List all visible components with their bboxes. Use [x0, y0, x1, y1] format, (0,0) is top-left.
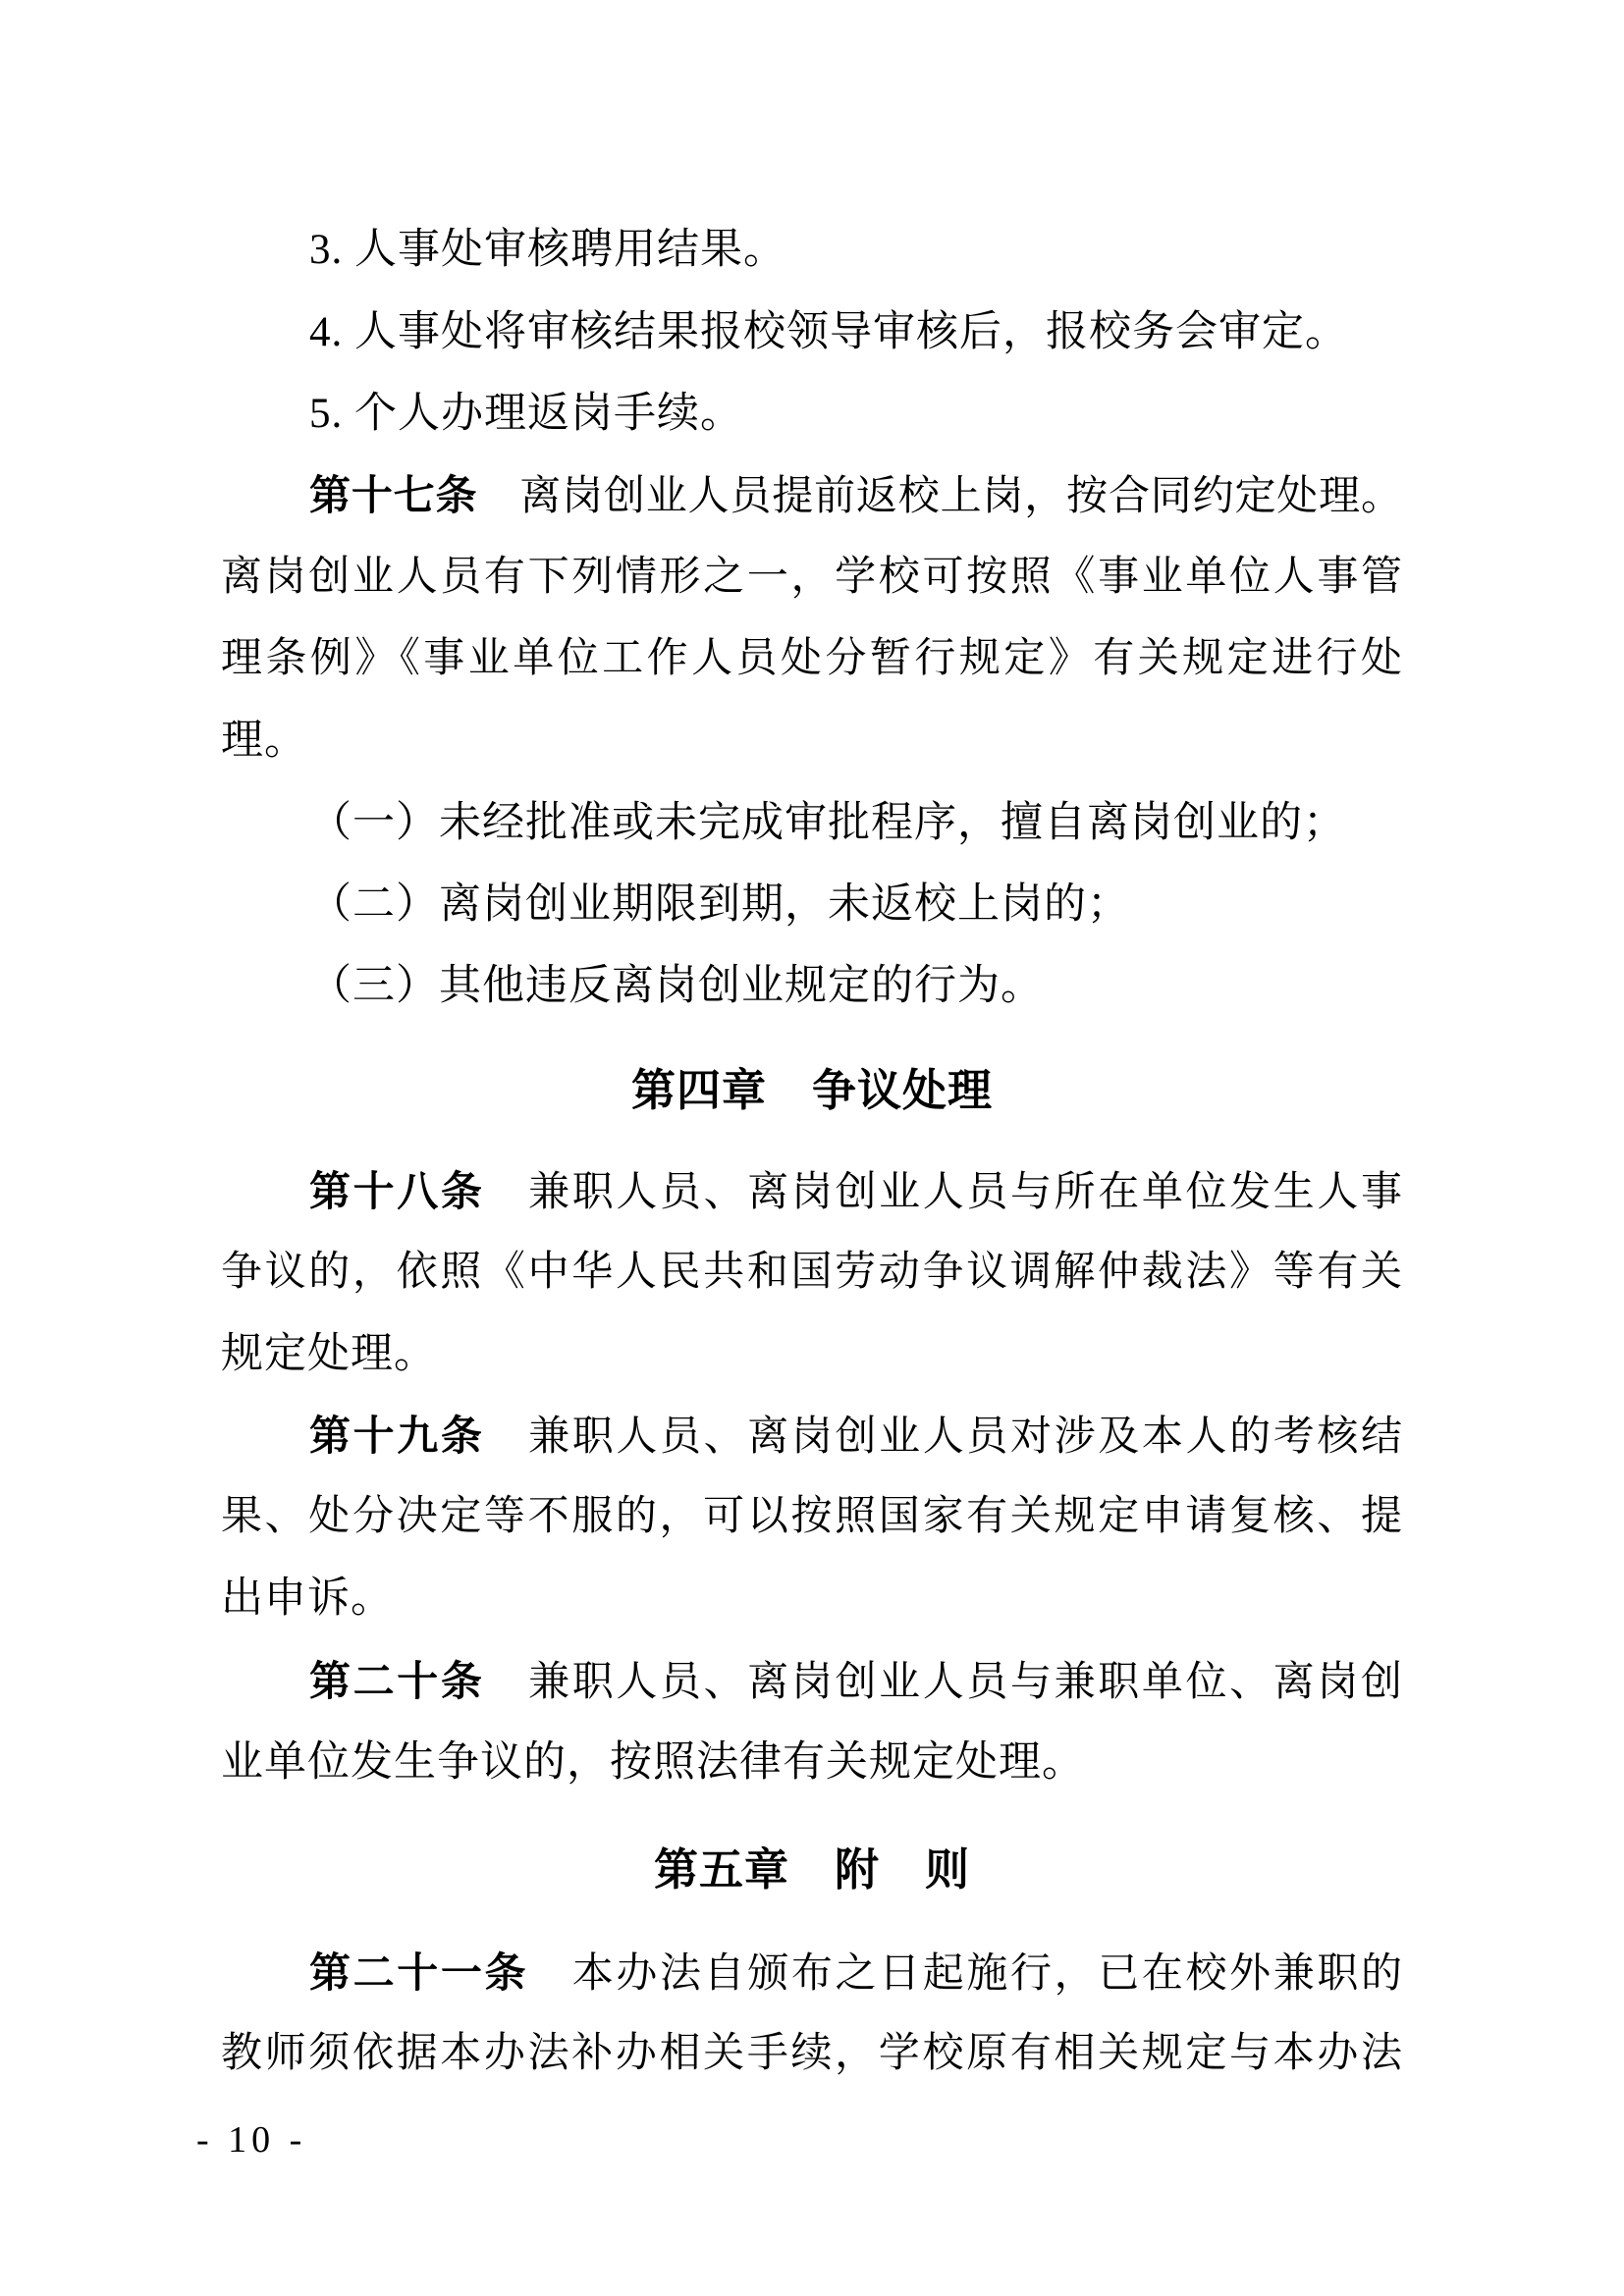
- document-page: 3. 人事处审核聘用结果。 4. 人事处将审核结果报校领导审核后，报校务会审定。…: [0, 0, 1624, 2296]
- article-text: 本办法自颁布之日起施行，已在校外兼职的: [528, 1951, 1402, 1997]
- article-lead: 第二十条: [309, 1658, 485, 1704]
- article-text: 兼职人员、离岗创业人员对涉及本人的考核结: [485, 1415, 1402, 1460]
- article-lead: 第十八条: [309, 1168, 485, 1214]
- list-item-line: 5. 个人办理返岗手续。: [221, 373, 1402, 454]
- list-item-line: 4. 人事处将审核结果报校领导审核后，报校务会审定。: [221, 292, 1402, 373]
- continuation-line: 理。: [221, 700, 1402, 781]
- clause-line: （三）其他违反离岗创业规定的行为。: [221, 945, 1402, 1027]
- article-line: 第二十一条 本办法自颁布之日起施行，已在校外兼职的: [221, 1932, 1402, 2015]
- continuation-line: 果、处分决定等不服的，可以按照国家有关规定申请复核、提: [221, 1476, 1402, 1558]
- clause-line: （二）离岗创业期限到期，未返校上岗的；: [221, 864, 1402, 945]
- chapter-4-heading: 第四章 争议处理: [0, 1046, 1624, 1135]
- page-number: - 10 -: [196, 2115, 306, 2164]
- article-line: 第十九条 兼职人员、离岗创业人员对涉及本人的考核结: [221, 1395, 1402, 1478]
- article-lead: 第十七条: [309, 472, 477, 518]
- continuation-line: 争议的，依照《中华人民共和国劳动争议调解仲裁法》等有关: [221, 1232, 1402, 1313]
- continuation-line: 业单位发生争议的，按照法律有关规定处理。: [221, 1722, 1402, 1803]
- article-lead: 第二十一条: [309, 1949, 528, 1996]
- article-text: 兼职人员、离岗创业人员与所在单位发生人事: [485, 1170, 1402, 1215]
- continuation-line: 规定处理。: [221, 1313, 1402, 1395]
- continuation-line: 教师须依据本办法补办相关手续，学校原有相关规定与本办法: [221, 2013, 1402, 2095]
- continuation-line: 离岗创业人员有下列情形之一，学校可按照《事业单位人事管: [221, 537, 1402, 618]
- article-line: 第十八条 兼职人员、离岗创业人员与所在单位发生人事: [221, 1150, 1402, 1234]
- continuation-line: 出申诉。: [221, 1558, 1402, 1639]
- article-line: 第十七条 离岗创业人员提前返校上岗，按合同约定处理。: [221, 454, 1402, 538]
- article-text: 离岗创业人员提前返校上岗，按合同约定处理。: [477, 474, 1402, 519]
- clause-line: （一）未经批准或未完成审批程序，擅自离岗创业的；: [221, 782, 1402, 864]
- article-line: 第二十条 兼职人员、离岗创业人员与兼职单位、离岗创: [221, 1640, 1402, 1724]
- list-item-line: 3. 人事处审核聘用结果。: [221, 209, 1402, 291]
- article-lead: 第十九条: [309, 1413, 485, 1459]
- continuation-line: 理条例》《事业单位工作人员处分暂行规定》有关规定进行处: [221, 618, 1402, 700]
- article-text: 兼职人员、离岗创业人员与兼职单位、离岗创: [485, 1660, 1402, 1705]
- chapter-5-heading: 第五章 附 则: [0, 1826, 1624, 1914]
